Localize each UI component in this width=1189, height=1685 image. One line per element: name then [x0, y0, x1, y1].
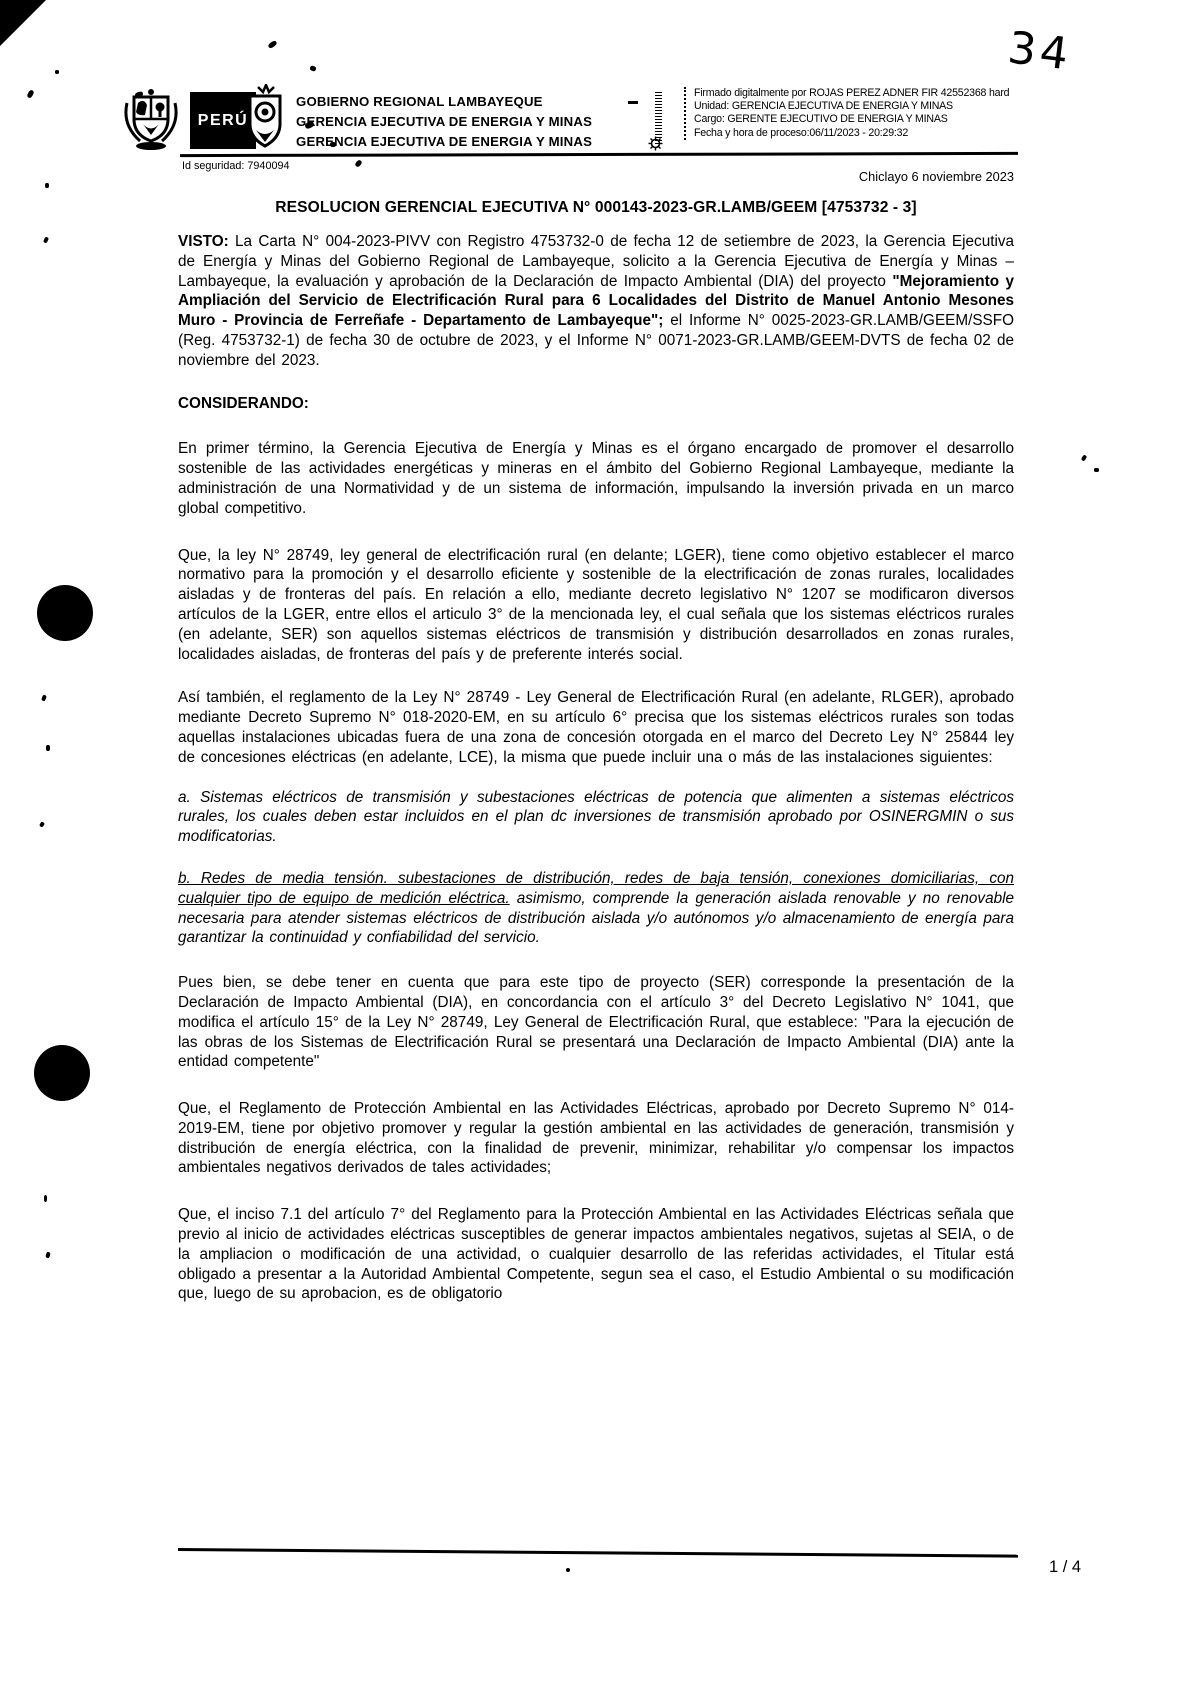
visto-paragraph: VISTO: La Carta N° 004-2023-PIVV con Reg… [178, 232, 1014, 371]
resolution-title: RESOLUCION GERENCIAL EJECUTIVA N° 000143… [150, 199, 1042, 217]
scan-noise-speck [309, 65, 316, 72]
org-line-1: GOBIERNO REGIONAL LAMBAYEQUE [296, 92, 592, 112]
footer-divider [178, 1548, 1018, 1558]
list-item-a: a. Sistemas eléctricos de transmisión y … [178, 788, 1014, 847]
signature-line-signer: Firmado digitalmente por ROJAS PEREZ ADN… [694, 87, 1009, 100]
stray-dash-mark [628, 101, 638, 104]
page-number: 1 / 4 [1030, 1558, 1100, 1577]
scan-noise-speck [354, 159, 362, 168]
visto-text-1: La Carta N° 004-2023-PIVV con Registro 4… [178, 233, 1014, 290]
signature-line-unit: Unidad: GERENCIA EJECUTIVA DE ENERGIA Y … [694, 100, 1009, 113]
city-date: Chiclayo 6 noviembre 2023 [178, 169, 1014, 184]
list-item-b: b. Redes de media tensión. subestaciones… [178, 869, 1014, 948]
resolution-body: VISTO: La Carta N° 004-2023-PIVV con Reg… [178, 232, 1014, 1304]
considerando-heading: CONSIDERANDO: [178, 394, 1014, 414]
peru-coat-of-arms-icon [120, 87, 182, 156]
scan-noise-speck [45, 183, 49, 188]
scan-noise-speck [45, 1252, 50, 1259]
signature-line-role: Cargo: GERENTE EJECUTIVO DE ENERGIA Y MI… [694, 113, 1009, 126]
signature-line-datetime: Fecha y hora de proceso:06/11/2023 - 20:… [694, 127, 1009, 140]
scan-noise-speck [566, 1568, 570, 1572]
scan-noise-speck [26, 89, 34, 98]
scan-noise-speck [44, 1195, 47, 1202]
hole-punch-mark [37, 585, 93, 641]
org-line-3: GERENCIA EJECUTIVA DE ENERGIA Y MINAS [296, 132, 592, 152]
scan-noise-speck [1081, 454, 1087, 461]
digital-signature-block: Firmado digitalmente por ROJAS PEREZ ADN… [684, 87, 1009, 140]
paragraph-4: Pues bien, se debe tener en cuenta que p… [178, 973, 1014, 1072]
paragraph-3: Así también, el reglamento de la Ley N° … [178, 688, 1014, 767]
paragraph-2: Que, la ley N° 28749, ley general de ele… [178, 546, 1014, 665]
paragraph-6: Que, el inciso 7.1 del artículo 7° del R… [178, 1205, 1014, 1304]
scan-noise-speck [46, 745, 50, 751]
peru-logo-label: PERÚ [198, 112, 248, 130]
scan-noise-speck [39, 821, 45, 827]
hole-punch-mark [34, 1045, 90, 1101]
paragraph-5: Que, el Reglamento de Protección Ambient… [178, 1099, 1014, 1178]
handwritten-page-number: 34 [1006, 26, 1075, 77]
paragraph-1: En primer término, la Gerencia Ejecutiva… [178, 439, 1014, 518]
scan-noise-speck [55, 70, 59, 74]
scan-noise-speck [43, 236, 49, 243]
lambayeque-shield-icon [243, 84, 287, 159]
scanned-document-page: 34 PERÚ [0, 0, 1189, 1685]
scan-noise-speck [41, 694, 47, 701]
visto-label: VISTO: [178, 233, 229, 250]
page-corner-fold [0, 0, 46, 46]
org-line-2: GERENCIA EJECUTIVA DE ENERGIA Y MINAS [296, 112, 592, 132]
header-divider [180, 152, 1018, 157]
scan-noise-speck [1094, 468, 1099, 472]
organization-name-block: GOBIERNO REGIONAL LAMBAYEQUE GERENCIA EJ… [296, 92, 592, 152]
scan-noise-speck [267, 40, 277, 49]
